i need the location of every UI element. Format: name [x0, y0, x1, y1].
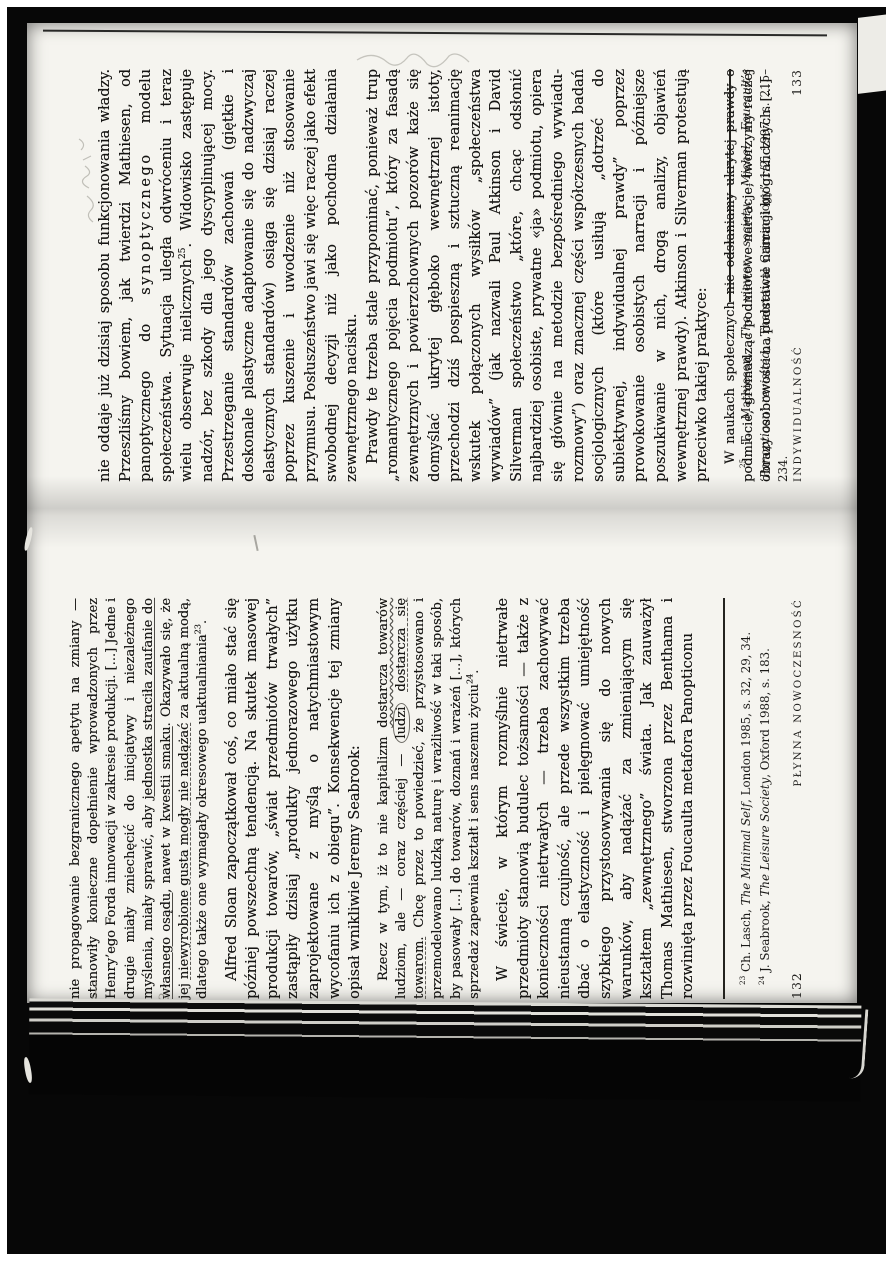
- text-segment: [394, 692, 409, 703]
- text-segment: Ch. Lasch,: [739, 905, 753, 976]
- text-segment: Rzecz w tym, iż to nie kapitalizm: [376, 728, 391, 981]
- running-head: PŁYNNA NOWOCZESNOŚĆ: [792, 598, 804, 787]
- footnote: 25 T. Mathiesen, The viewer society: Mic…: [737, 69, 793, 482]
- text-segment: 25: [179, 248, 195, 259]
- page-132: nie propagowanie bezgranicznego apetytu …: [27, 513, 857, 1003]
- text-segment: 24: [758, 976, 772, 985]
- body-paragraph: Prawdy te trzeba stale przypominać, poni…: [363, 69, 713, 482]
- text-segment: , nawet w: [159, 822, 174, 893]
- page-133-text-block: nie oddaje już dzisiaj sposobu funkcjono…: [95, 69, 776, 482]
- page-corner-sliver: [858, 14, 886, 94]
- page-133: nie oddaje już dzisiaj sposobu funkcjono…: [27, 23, 857, 508]
- text-segment: .: [467, 670, 482, 674]
- page-number: 132: [789, 972, 804, 999]
- text-segment: ludzi: [393, 703, 410, 743]
- pencil-scribble-right-margin: [353, 40, 473, 80]
- text-segment: The Minimal Self: [739, 803, 753, 905]
- body-paragraph: W świecie, w którym rozmyślnie nietrwałe…: [493, 598, 699, 999]
- text-segment: Alfred Sloan zapoczątkował coś, co miało…: [224, 598, 364, 999]
- text-segment: W świecie, w którym rozmyślnie nietrwałe…: [495, 598, 696, 999]
- text-segment: .: [195, 620, 210, 624]
- footnote-separator-rule: [723, 598, 725, 999]
- text-segment: 23: [195, 624, 210, 634]
- footnotes-132: 23 Ch. Lasch, The Minimal Self, London 1…: [737, 598, 774, 999]
- footnotes-133: 25 T. Mathiesen, The viewer society: Mic…: [737, 69, 793, 482]
- footnote: 24 J. Seabrook, The Leisure Society, Oxf…: [756, 598, 775, 999]
- text-segment: , Oxford 1988, s. 183.: [758, 648, 772, 778]
- text-segment: synoptycznego: [138, 152, 154, 295]
- footnote: 23 Ch. Lasch, The Minimal Self, London 1…: [737, 598, 756, 999]
- scanner-background: nie propagowanie bezgranicznego apetytu …: [7, 7, 886, 1254]
- quote-paragraph: Rzecz w tym, iż to nie kapitalizm dostar…: [375, 598, 484, 999]
- text-segment: J. Seabrook,: [758, 897, 772, 976]
- running-head: INDYWIDUALNOŚĆ: [792, 345, 804, 482]
- footnote-separator-rule: [729, 69, 731, 302]
- text-segment: . Widowisko zastępuje nadzór, bez szkody…: [179, 69, 360, 482]
- book-spread: nie propagowanie bezgranicznego apetytu …: [27, 23, 857, 1003]
- pencil-scribble-top-margin: [67, 136, 101, 226]
- text-segment: Prawdy te trzeba stale przypominać, poni…: [365, 69, 711, 482]
- text-segment: 25: [739, 459, 753, 468]
- page-132-text-block: nie propagowanie bezgranicznego apetytu …: [67, 598, 699, 999]
- text-segment: kwestii smaku: [159, 726, 174, 821]
- page-footer-133: INDYWIDUALNOŚĆ 133: [789, 69, 804, 482]
- text-segment: 24: [467, 674, 482, 684]
- text-segment: 23: [739, 976, 753, 985]
- text-segment: , London 1985, s. 32, 29, 34.: [739, 632, 753, 803]
- text-segment: The Leisure Society: [758, 778, 772, 897]
- quote-paragraph: nie propagowanie bezgranicznego apetytu …: [67, 598, 213, 999]
- text-segment: dostarcza towarów: [376, 598, 391, 728]
- text-segment: T. Mathiesen,: [739, 338, 753, 458]
- text-segment: niewyrobione gusta mogły nie nadążać: [177, 723, 192, 979]
- page-number: 133: [789, 69, 804, 96]
- body-paragraph: Alfred Sloan zapoczątkował coś, co miało…: [222, 598, 366, 999]
- book-fore-edge-streaks: [29, 998, 862, 1101]
- page-footer-132: 132 PŁYNNA NOWOCZESNOŚĆ: [789, 598, 804, 999]
- text-segment: ludziom, ale — coraz częściej —: [394, 743, 409, 999]
- body-paragraph: nie oddaje już dzisiaj sposobu funkcjono…: [95, 69, 363, 482]
